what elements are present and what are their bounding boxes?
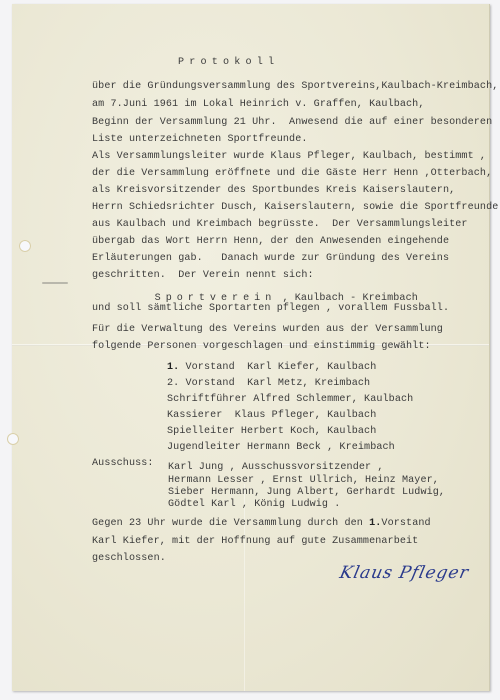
officer-entry: Schriftführer Alfred Schlemmer, Kaulbach	[167, 394, 413, 405]
intro-line: Erläuterungen gab. Danach wurde zur Grün…	[92, 253, 449, 264]
committee-line: Gödtel Karl , König Ludwig .	[168, 499, 340, 510]
committee-label: Ausschuss:	[92, 458, 154, 469]
intro-line: Liste unterzeichneten Sportfreunde.	[92, 134, 308, 145]
intro-line: als Kreisvorsitzender des Sportbundes Kr…	[92, 185, 455, 196]
officer-entry: 2. Vorstand Karl Metz, Kreimbach	[167, 378, 370, 389]
closing-line: Gegen 23 Uhr wurde die Versammlung durch…	[92, 518, 431, 529]
officer-entry: 1. Vorstand Karl Kiefer, Kaulbach	[167, 362, 376, 373]
intro-line: aus Kaulbach und Kreimbach begrüsste. De…	[92, 219, 468, 230]
officer-entry: Spielleiter Herbert Koch, Kaulbach	[167, 426, 376, 437]
intro-line: übergab das Wort Herrn Henn, der den Anw…	[92, 236, 449, 247]
intro-line: geschritten. Der Verein nennt sich:	[92, 270, 314, 281]
closing-line: geschlossen.	[92, 553, 166, 564]
purpose-line: und soll sämtliche Sportarten pflegen , …	[92, 303, 449, 314]
handwritten-signature: Klaus Pfleger	[338, 563, 471, 583]
punch-hole-icon	[7, 433, 19, 445]
intro-line: Beginn der Versammlung 21 Uhr. Anwesend …	[92, 117, 492, 128]
intro-line: Herrn Schiedsrichter Dusch, Kaiserslaute…	[92, 202, 498, 213]
punch-hole-icon	[19, 240, 31, 252]
committee-line: Hermann Lesser , Ernst Ullrich, Heinz Ma…	[168, 475, 439, 486]
intro-line: über die Gründungsversammlung des Sportv…	[92, 81, 498, 92]
committee-line: Karl Jung , Ausschussvorsitzender ,	[168, 462, 384, 473]
closing-line: Karl Kiefer, mit der Hoffnung auf gute Z…	[92, 536, 418, 547]
document-title: Protokoll	[178, 57, 279, 68]
officer-entry: Kassierer Klaus Pfleger, Kaulbach	[167, 410, 376, 421]
officer-entry: Jugendleiter Hermann Beck , Kreimbach	[167, 442, 395, 453]
intro-line: der die Versammlung eröffnete und die Gä…	[92, 168, 492, 179]
committee-line: Sieber Hermann, Jung Albert, Gerhardt Lu…	[168, 487, 445, 498]
election-line: Für die Verwaltung des Vereins wurden au…	[92, 324, 443, 335]
ink-smudge	[42, 282, 68, 284]
intro-line: Als Versammlungsleiter wurde Klaus Pfleg…	[92, 151, 486, 162]
paper-fold-vertical	[244, 484, 245, 691]
election-line: folgende Personen vorgeschlagen und eins…	[92, 341, 431, 352]
intro-line: am 7.Juni 1961 im Lokal Heinrich v. Graf…	[92, 99, 425, 110]
